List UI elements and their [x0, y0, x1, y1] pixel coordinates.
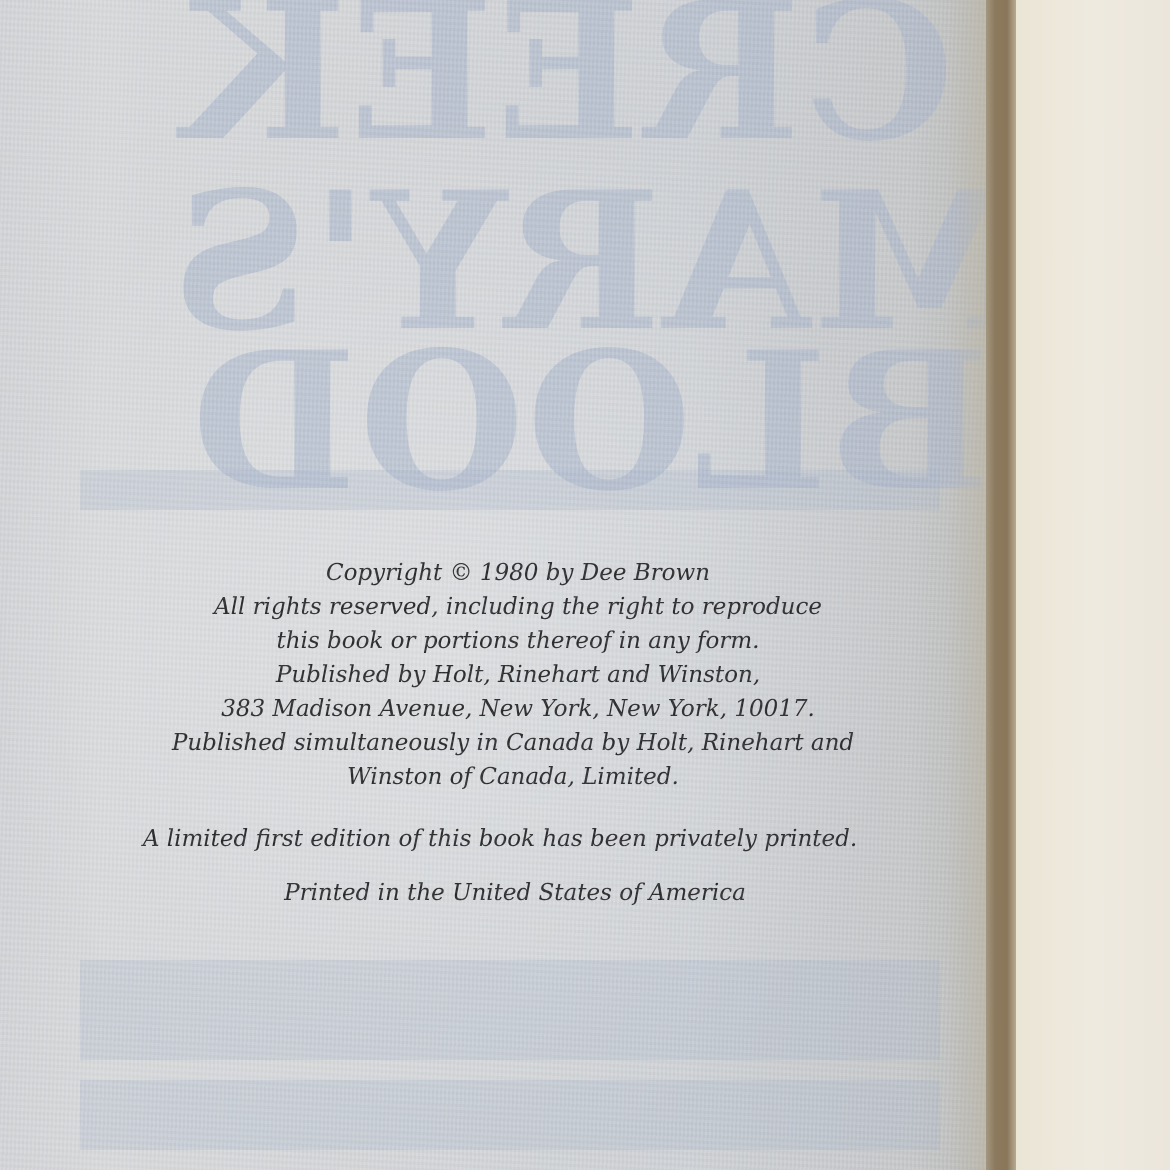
copyright-line: Copyright © 1980 by Dee Brown — [36, 556, 1000, 590]
publisher-address-line: 383 Madison Avenue, New York, New York, … — [36, 692, 1000, 726]
page-stack-edge — [986, 0, 1016, 1170]
rights-line: this book or portions thereof in any for… — [36, 624, 1000, 658]
copyright-text: Copyright © 1980 by Dee Brown All rights… — [0, 556, 1000, 910]
bleed-through-word: BLOOD — [190, 310, 990, 533]
limited-edition-notice: A limited first edition of this book has… — [0, 822, 1000, 856]
canada-publisher-line: Published simultaneously in Canada by Ho… — [26, 726, 1000, 760]
background-surface — [1016, 0, 1170, 1170]
rights-line: All rights reserved, including the right… — [36, 590, 1000, 624]
bleed-through-word: MARY'S — [170, 150, 1023, 373]
bleed-through-ornament-band — [80, 960, 940, 1060]
bleed-through-ornament-band — [80, 1080, 940, 1150]
bleed-through-word: CREEK — [180, 0, 954, 183]
publisher-line: Published by Holt, Rinehart and Winston, — [36, 658, 1000, 692]
printed-in-line: Printed in the United States of America — [30, 876, 1000, 910]
book-page: CREEK MARY'S BLOOD Copyright © 1980 by D… — [0, 0, 988, 1170]
bleed-through-ornament-band — [80, 470, 940, 510]
canada-publisher-line: Winston of Canada, Limited. — [26, 760, 1000, 794]
page-curve-shadow — [950, 0, 990, 1170]
photo-scene: CREEK MARY'S BLOOD Copyright © 1980 by D… — [0, 0, 1170, 1170]
